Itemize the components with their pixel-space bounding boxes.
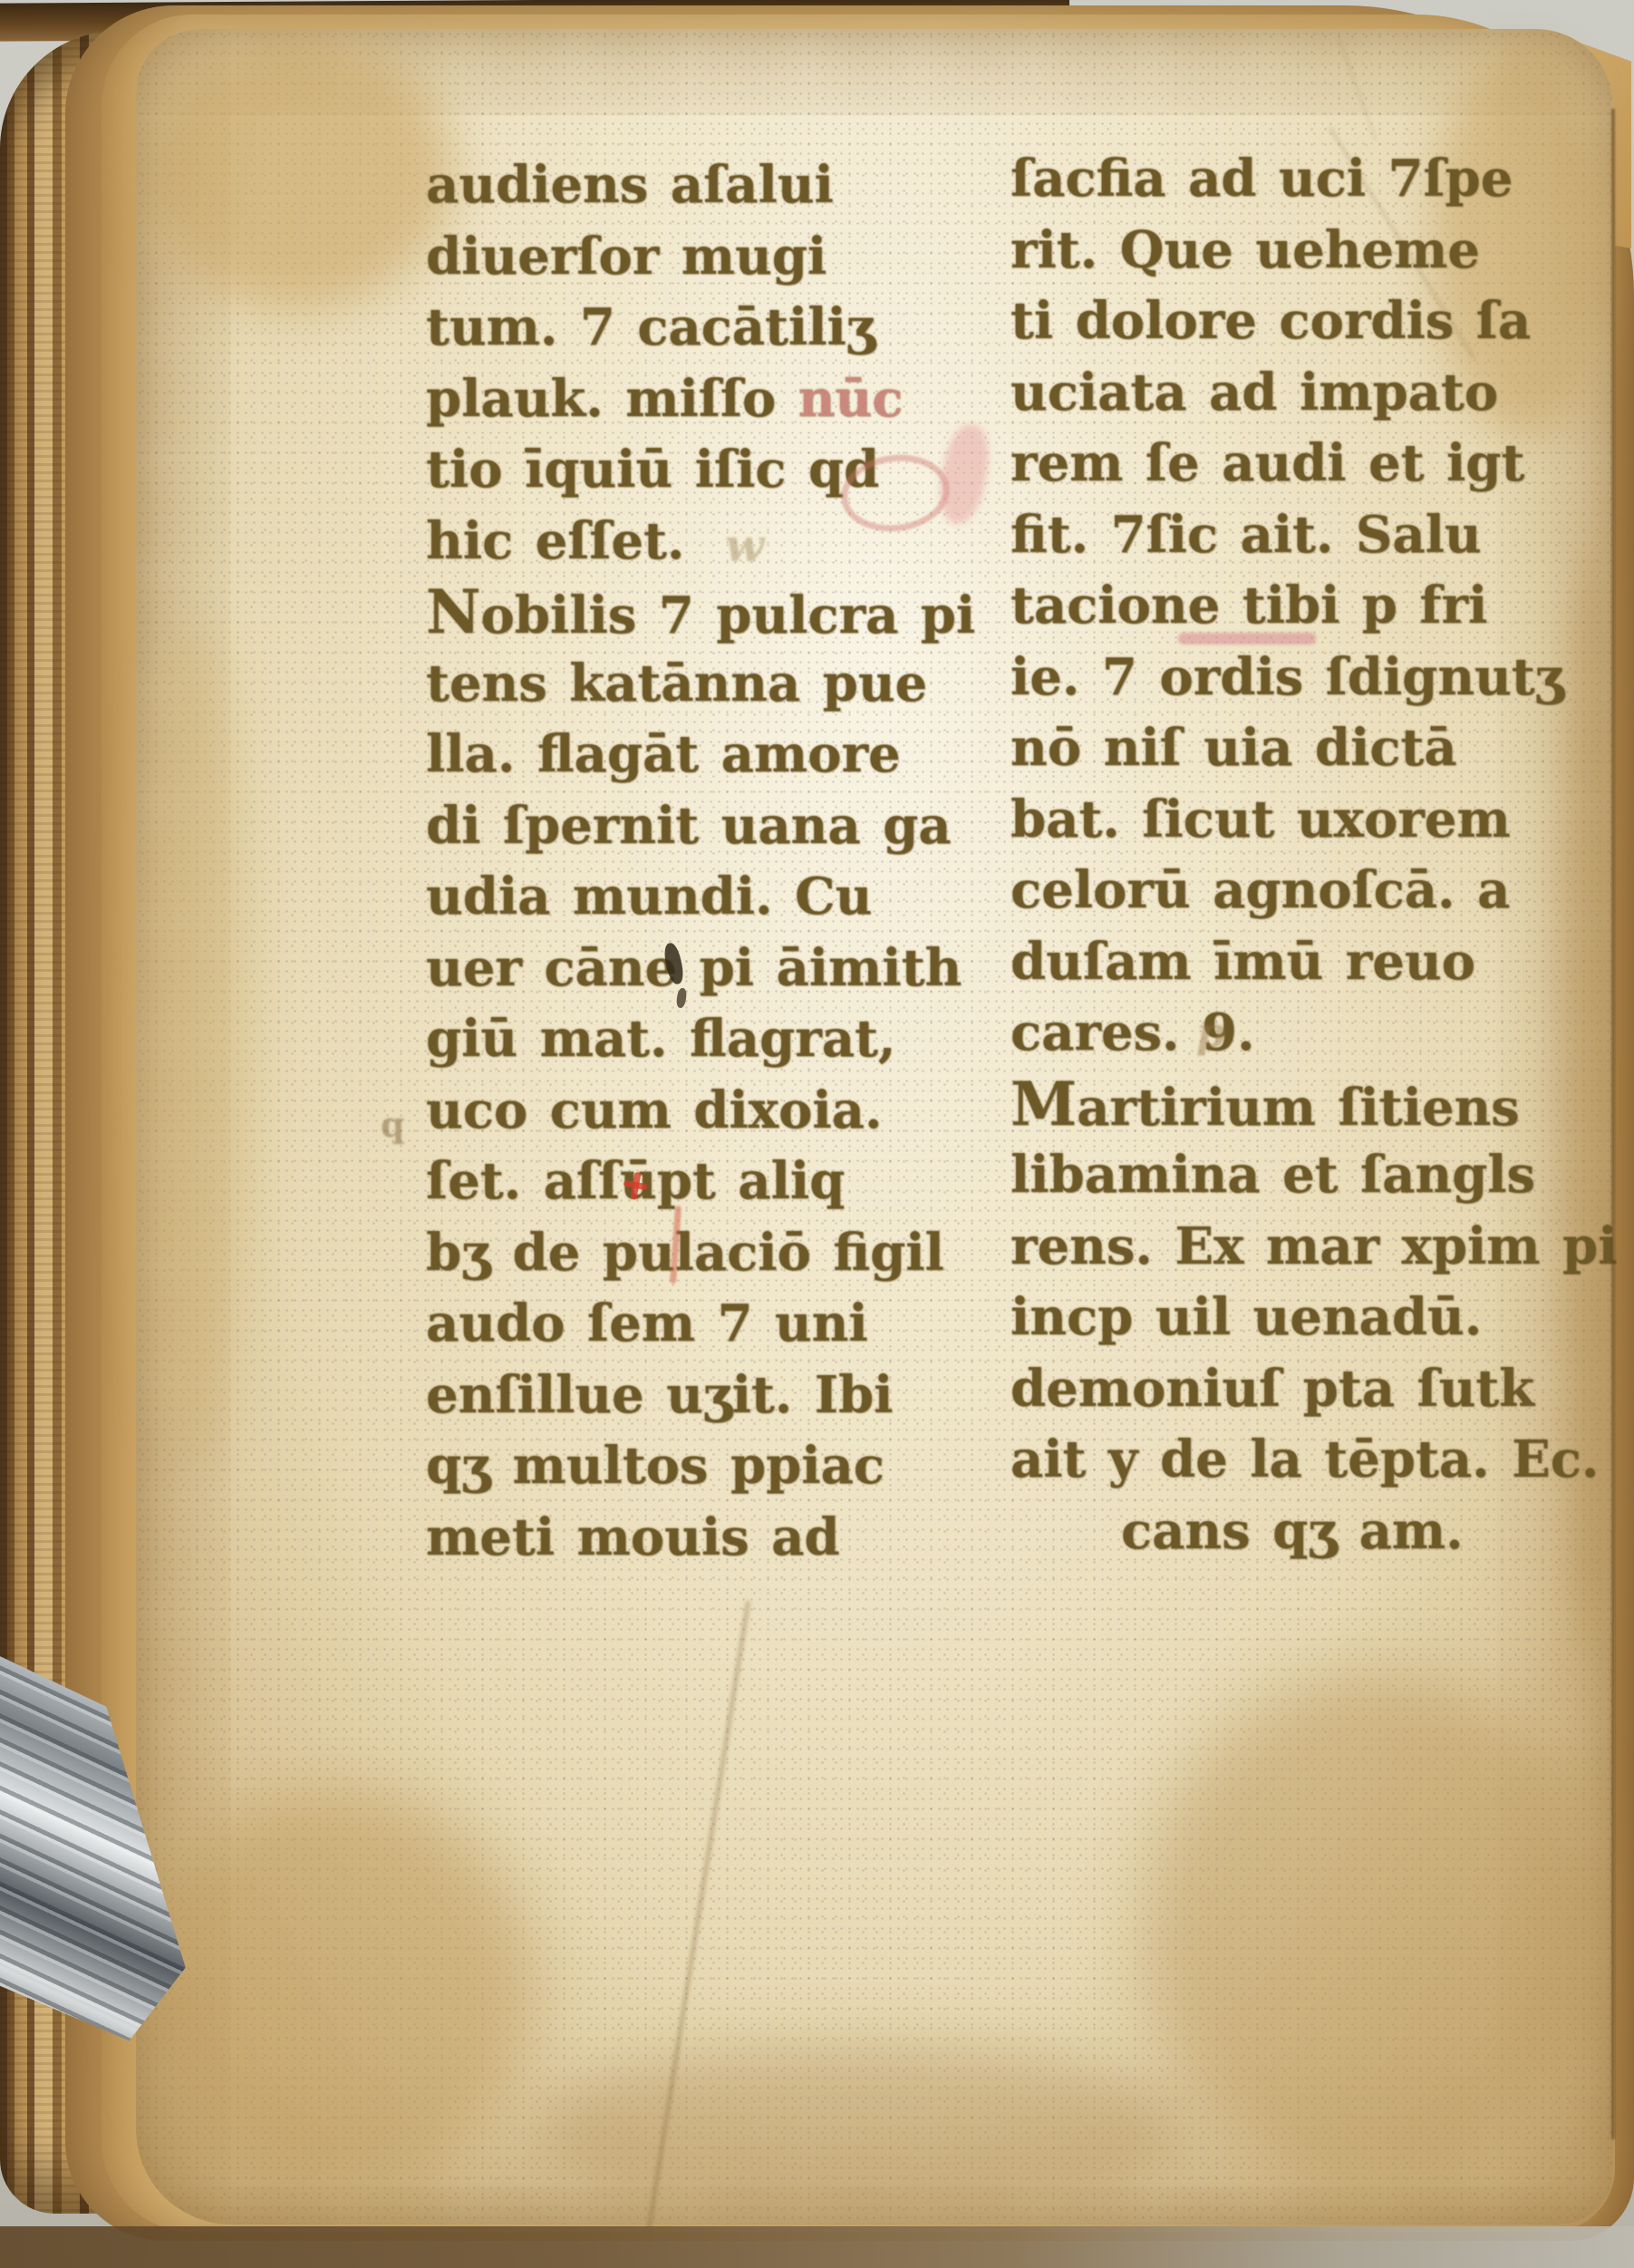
line-text: celorū agnoſcā. a — [1010, 860, 1510, 920]
line-text: nō niſ uia dictā — [1010, 718, 1457, 778]
line-text: tio īquiū iſic qd — [426, 440, 879, 499]
line-text: duſam īmū reuo — [1010, 932, 1475, 992]
manuscript-line: plauk. miſſo nūc — [426, 363, 933, 435]
line-text: giū mat. flagrat, — [426, 1009, 895, 1069]
manuscript-line: audo ſem 7 uni — [426, 1288, 933, 1360]
line-text: incp uil uenadū. — [1010, 1287, 1482, 1347]
line-text: fit. 7ſic ait. Salu — [1010, 505, 1482, 565]
line-text: tum. 7 cacātiliʒ — [426, 297, 875, 357]
line-text: tens katānna pue — [426, 654, 927, 713]
manuscript-line: meti mouis ad — [426, 1502, 933, 1574]
table-surface-edge — [0, 2226, 1634, 2268]
line-text: ait y de la tēpta. Ec. — [1010, 1430, 1599, 1489]
manuscript-line: rit. Que ueheme — [1010, 215, 1590, 286]
line-text: tacione tibi p fri — [1010, 576, 1487, 635]
red-cross-mark — [622, 1170, 650, 1201]
manuscript-line: tum. 7 cacātiliʒ — [426, 292, 933, 363]
manuscript-line: qʒ multos ppiac — [426, 1430, 933, 1502]
manuscript-line: demoniuſ pta ſutk — [1010, 1353, 1590, 1425]
manuscript-line: tacione tibi p fri — [1010, 570, 1590, 642]
text-column-right: ſacfia ad uci 7ſpe rit. Que ueheme ti do… — [1010, 143, 1590, 1566]
line-text: audo ſem 7 uni — [426, 1294, 868, 1353]
line-text: di ſpernit uana ga — [426, 796, 952, 856]
ghost-letter: w — [725, 519, 764, 572]
line-text: uco cum dixoia. — [426, 1081, 882, 1140]
manuscript-line: bat. ſicut uxorem — [1010, 784, 1590, 856]
manuscript-line: cares. 9. — [1010, 997, 1590, 1069]
manuscript-line: audiens aſalui — [426, 150, 933, 221]
manuscript-line: cans qʒ am. — [1010, 1496, 1590, 1567]
red-underline-mark — [1178, 633, 1316, 645]
stain-bottom-left — [145, 1788, 535, 2186]
manuscript-line: ait y de la tēpta. Ec. — [1010, 1424, 1590, 1496]
manuscript-line: tens katānna pue — [426, 648, 933, 720]
line-text: ie. 7 ordis ſdignutʒ — [1010, 647, 1563, 707]
stain-top-left — [145, 38, 453, 310]
stain-left-gutter — [136, 627, 254, 1461]
manuscript-line: rem ſe audi et igt — [1010, 428, 1590, 499]
manuscript-line: nō niſ uia dictā — [1010, 712, 1590, 784]
manuscript-line: duſam īmū reuo — [1010, 926, 1590, 998]
line-text: ti dolore cordis ſa — [1010, 291, 1531, 351]
line-text: rens. Ex mar xpim pi — [1010, 1216, 1617, 1276]
manuscript-line: celorū agnoſcā. a — [1010, 855, 1590, 926]
line-text: bat. ſicut uxorem — [1010, 790, 1511, 849]
manuscript-line: uco cum dixoia. — [426, 1075, 933, 1147]
manuscript-line: rens. Ex mar xpim pi — [1010, 1211, 1590, 1283]
line-text: uciata ad impato — [1010, 363, 1498, 422]
manuscript-line: ſacfia ad uci 7ſpe — [1010, 143, 1590, 215]
line-text: uer cāne pi āimith — [426, 938, 962, 998]
line-text: rit. Que ueheme — [1010, 220, 1480, 280]
line-text: demoniuſ pta ſutk — [1010, 1359, 1534, 1419]
line-text: enſillue uʒit. Ibi — [426, 1365, 893, 1425]
line-text: libamina et ſangls — [1010, 1145, 1535, 1205]
manuscript-line: libamina et ſangls — [1010, 1139, 1590, 1211]
manuscript-line: ti dolore cordis ſa — [1010, 286, 1590, 357]
line-text: plauk. miſſo — [426, 369, 798, 429]
line-text: rem ſe audi et igt — [1010, 433, 1524, 493]
line-text: udia mundi. Cu — [426, 867, 872, 926]
manuscript-line: uciata ad impato — [1010, 357, 1590, 429]
manuscript-line: lla. flagāt amore — [426, 719, 933, 790]
line-text: cans qʒ am. — [1121, 1501, 1464, 1561]
line-text: meti mouis ad — [426, 1507, 840, 1567]
line-text: Martirium ſitiens — [1010, 1078, 1520, 1138]
margin-mark: q — [381, 1104, 405, 1145]
line-text: qʒ multos ppiac — [426, 1436, 885, 1496]
line-text: audiens aſalui — [426, 155, 834, 215]
text-column-left: audiens aſalui diuerſor mugi tum. 7 cacā… — [426, 150, 933, 1573]
manuscript-line: fit. 7ſic ait. Salu — [1010, 499, 1590, 571]
manuscript-line: giū mat. flagrat, — [426, 1003, 933, 1075]
manuscript-line: udia mundi. Cu — [426, 861, 933, 933]
manuscript-photo: audiens aſalui diuerſor mugi tum. 7 cacā… — [0, 0, 1634, 2268]
line-text: lla. flagāt amore — [426, 724, 901, 784]
manuscript-line: diuerſor mugi — [426, 221, 933, 293]
stain-bottom-center — [535, 2041, 1187, 2223]
manuscript-line: incp uil uenadū. — [1010, 1282, 1590, 1353]
manuscript-line: Nobilis 7 pulcra pi — [426, 577, 933, 648]
manuscript-line: ie. 7 ordis ſdignutʒ — [1010, 642, 1590, 713]
line-text: Nobilis 7 pulcra pi — [426, 586, 975, 645]
manuscript-line: Martirium ſitiens — [1010, 1069, 1590, 1140]
right-page-seam — [1611, 109, 1615, 2139]
line-text: ſacfia ad uci 7ſpe — [1010, 149, 1513, 208]
manuscript-line: enſillue uʒit. Ibi — [426, 1360, 933, 1431]
stain-bottom-right — [1142, 1670, 1604, 2186]
line-text: bʒ de pulaciō figil — [426, 1223, 944, 1283]
rubric-word: nūc — [798, 369, 904, 429]
ghost-letter: p — [1196, 1008, 1225, 1057]
line-text: diuerſor mugi — [426, 227, 827, 286]
manuscript-line: di ſpernit uana ga — [426, 790, 933, 862]
line-text: hic eſſet. — [426, 511, 684, 571]
